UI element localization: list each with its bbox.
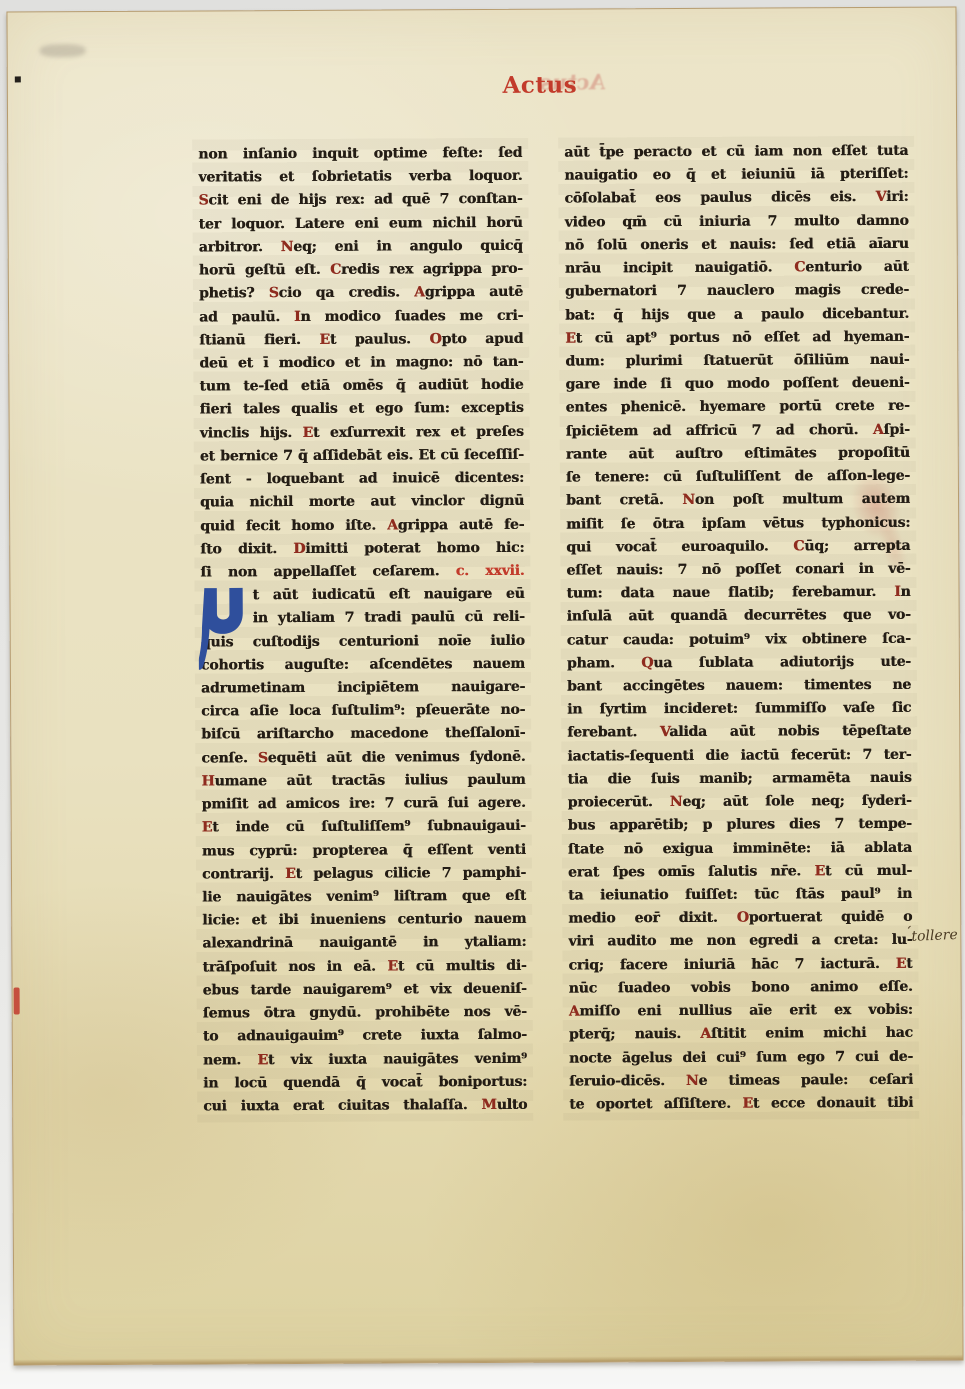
text-line: tum: data naue flatib; ferebamur. In bbox=[566, 581, 910, 606]
text-line: iactatis-ſequenti die iactū fecerūt: 7 t… bbox=[567, 743, 911, 768]
text-line: qui vocat̄ euroaquilo. Cūq; arrepta bbox=[566, 534, 910, 559]
text-line: inſulā aūt quandā decurrētes que vo- bbox=[567, 604, 911, 629]
text-line: ſemus ōtra gnydū. prohibēte nos vē- bbox=[203, 1001, 527, 1026]
text-line: video qm̄ cū iniuria 7 multo damno bbox=[565, 209, 909, 234]
text-line: ſent - loquebant ad inuicē dicentes: bbox=[200, 467, 524, 492]
text-line: bus apparētib; p plures dies 7 tempe- bbox=[568, 813, 912, 838]
text-column-right: aūt t̄pe peracto et cū iam non eſſet tut… bbox=[564, 140, 913, 1117]
text-line: dum: plurimi ſtatuerūt ōſiliūm naui- bbox=[565, 349, 909, 374]
text-line: ſtianū fieri. Et paulus. Opto apud bbox=[199, 328, 523, 353]
text-line: ad paulū. In modico ſuades me cri- bbox=[199, 304, 523, 329]
text-line: non inſanio inquit optime feſte: ſed bbox=[198, 142, 522, 167]
text-line: lie nauigātes venim⁹ liſtram que eſt bbox=[202, 885, 526, 910]
text-line: ter loquor. Latere eni eum nichil horū bbox=[199, 211, 523, 236]
text-line: adrumetinam incipiētem nauigare- bbox=[201, 676, 525, 701]
text-line: cui iuxta erat ciuitas thalaſſa. Multo bbox=[203, 1094, 527, 1119]
text-line: tia die ſuis manib; armamēta nauis bbox=[567, 767, 911, 792]
text-line: ferebant. Valida aūt nobis tēpeſtate bbox=[567, 720, 911, 745]
text-line: veritatis et ſobrietatis verba loquor. bbox=[198, 165, 522, 190]
text-line: medio eor̄ dixit. Oportuerat quidē o bbox=[568, 906, 912, 931]
text-line: biſcū ariſtarcho macedone theſſalonī- bbox=[201, 722, 525, 747]
text-line: nō ſolū oneris et nauis: ſed etiā aīaru bbox=[565, 233, 909, 258]
text-line: t aūt iudicatū eſt nauigare eū bbox=[200, 583, 524, 608]
text-line: miſit ſe ōtra ipſam vētus typhonicus: bbox=[566, 511, 910, 536]
text-line: in ſyrtim incideret: ſummiſſo vaſe ſic bbox=[567, 697, 911, 722]
text-line: Et inde cū ſuſtuliſſem⁹ ſubnauigaui- bbox=[202, 815, 526, 840]
text-line: rante aūt auſtro eſtimātes propoſitū bbox=[566, 442, 910, 467]
text-line: Et cū apt⁹ portus nō eſſet ad hyeman- bbox=[565, 326, 909, 351]
pencil-inscription bbox=[40, 44, 86, 57]
text-line: nocte āgelus dei cui⁹ ſum ego 7 cui de- bbox=[569, 1045, 913, 1070]
chapter-initial-U bbox=[198, 583, 249, 679]
text-line: ebus tarde nauigarem⁹ et vix deueniſ- bbox=[203, 978, 527, 1003]
text-line: tum te-ſed etiā omēs q̄ audiūt hodie bbox=[199, 374, 523, 399]
text-line: pham. Qua ſublata adiutorijs ute- bbox=[567, 651, 911, 676]
text-line: in locū quendā q̄ vocat̄ boniportus: bbox=[203, 1071, 527, 1096]
text-line: mus cyprū: propterea q̄ eſſent venti bbox=[202, 838, 526, 863]
text-line: bat: q̄ hijs que a paulo dicebantur. bbox=[565, 302, 909, 327]
text-line: ſi non appellaſſet ceſarem. c. xxvii. bbox=[200, 560, 524, 585]
text-line: ſe tenere: cū ſuſtuliſſent de aſſon-lege… bbox=[566, 465, 910, 490]
text-line: proiecerūt. Neq; aūt ſole neq; ſyderi- bbox=[568, 790, 912, 815]
annotation-text: tollere bbox=[911, 927, 958, 945]
text-line: phetis? Scio qa credis. Agrippa autē bbox=[199, 281, 523, 306]
text-line: cohortis auguſte: aſcendētes nauem bbox=[201, 653, 525, 678]
text-line: bant cretā. Non poſt multum autem bbox=[566, 488, 910, 513]
text-line: ſpiciētem ad affricū 7 ad chorū. Aſpi- bbox=[566, 418, 910, 443]
text-line: nrāu incipit nauigatiō. Centurio aūt bbox=[565, 256, 909, 281]
text-line: gare inde ſi quo modo poſſent deueni- bbox=[565, 372, 909, 397]
red-edge-mark bbox=[14, 987, 20, 1014]
text-line: Humane aūt tractās iulius paulum bbox=[201, 769, 525, 794]
text-line: in ytaliam 7 tradi paulū cū reli- bbox=[201, 606, 525, 631]
photo-backdrop: Actus Actus non inſanio inquit optime fe… bbox=[0, 0, 965, 1389]
text-line: eſſet nauis: 7 nō poſſet conari in vē- bbox=[566, 558, 910, 583]
text-line: entes phenicē. hyemare portū crete re- bbox=[565, 395, 909, 420]
text-line: ſto dixit. Dimitti poterat homo hic: bbox=[200, 537, 524, 562]
text-line: licie: et ibi inueniens centurio nauem bbox=[202, 908, 526, 933]
text-line: aūt t̄pe peracto et cū iam non eſſet tut… bbox=[564, 140, 908, 165]
text-line: Scit eni de hijs rex: ad quē 7 conſtan- bbox=[198, 188, 522, 213]
marginal-annotation: ʻtollere bbox=[906, 926, 965, 945]
text-line: gubernatori 7 nauclero magis crede- bbox=[565, 279, 909, 304]
text-line: nem. Et vix iuxta nauigātes venim⁹ bbox=[203, 1047, 527, 1072]
text-line: nauigatio eo q̄ et ieiuniū iā pteriſſet: bbox=[564, 163, 908, 188]
text-line: fieri tales qualis et ego ſum: exceptis bbox=[199, 397, 523, 422]
text-line: catur cauda: potuim⁹ vix obtinere ſca- bbox=[567, 627, 911, 652]
text-line: deū et ī modico et in magno: nō tan- bbox=[199, 351, 523, 376]
text-line: pterq̄; nauis. Aſtitit enim michi hac bbox=[569, 1022, 913, 1047]
text-line: contrarij. Et pelagus cilicie 7 pamphi- bbox=[202, 862, 526, 887]
text-line: nūc ſuadeo vobis bono animo eſſe. bbox=[569, 976, 913, 1001]
text-line: bant accingētes nauem: timentes ne bbox=[567, 674, 911, 699]
text-line: alexandrinā nauigantē in ytaliam: bbox=[202, 931, 526, 956]
text-line: quid fecit homo iſte. Agrippa autē fe- bbox=[200, 513, 524, 538]
text-line: et bernice 7 q̄ aſſidebāt eis. Et cū ſec… bbox=[200, 444, 524, 469]
text-line: criq; facere iniuriā hāc 7 iacturā. Et bbox=[568, 952, 912, 977]
text-line: te oportet aſſiſtere. Et ecce donauit ti… bbox=[569, 1092, 913, 1117]
text-line: cōſolabat̄ eos paulus dicēs eis. Viri: bbox=[564, 186, 908, 211]
text-line: erat ſpes omīs ſalutis nr̄e. Et cū mul- bbox=[568, 860, 912, 885]
text-line: ſeruio-dicēs. Ne timeas paule: ceſari bbox=[569, 1069, 913, 1094]
text-line: vinclis hijs. Et exſurrexit rex et preſe… bbox=[200, 420, 524, 445]
text-line: to adnauigauim⁹ crete iuxta ſalmo- bbox=[203, 1024, 527, 1049]
text-line: Amiſſo eni nullius aīe erit ex vobis: bbox=[569, 999, 913, 1024]
text-line: quis cuſtodijs centurioni noīe iulio bbox=[201, 629, 525, 654]
text-line: cenſe. Sequēti aūt die venimus ſydonē. bbox=[201, 745, 525, 770]
text-line: trāſpoſuit nos in eā. Et cū multis di- bbox=[202, 954, 526, 979]
text-line: horū geſtū eſt. Credis rex agrippa pro- bbox=[199, 258, 523, 283]
manuscript-leaf: Actus Actus non inſanio inquit optime fe… bbox=[6, 7, 963, 1366]
black-edge-dot bbox=[15, 76, 21, 82]
text-line: ta ieiunatio fuiſſet: tūc ſtās paul⁹ in bbox=[568, 883, 912, 908]
text-line: pmiſit ad amicos ire: 7 curā ſui agere. bbox=[202, 792, 526, 817]
running-title: Actus bbox=[460, 71, 620, 99]
text-line: ſtate nō exigua imminēte: iā ablata bbox=[568, 836, 912, 861]
text-line: circa aſie loca ſuſtulim⁹: pſeuerāte no- bbox=[201, 699, 525, 724]
text-line: viri audito me non egredi a creta: lu- bbox=[568, 929, 912, 954]
text-line: quia nichil morte aut vinclor dignū bbox=[200, 490, 524, 515]
text-line: arbitror. Neq; eni in angulo quicq̄ bbox=[199, 235, 523, 260]
